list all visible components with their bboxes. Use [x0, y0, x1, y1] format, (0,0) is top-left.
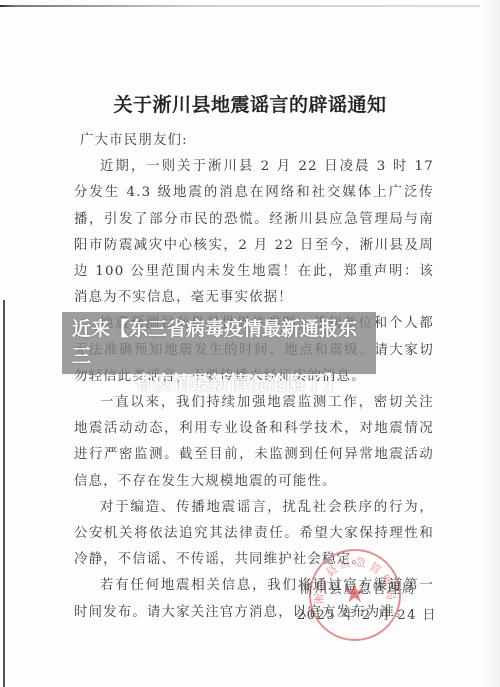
banner-line-1: 近来【东三省病毒疫情最新通报东三	[72, 318, 357, 367]
page-left-edge	[3, 300, 5, 687]
paragraph-1: 近期，一则关于淅川县 2 月 22 日凌晨 3 时 17 分发生 4.3 级地震…	[74, 154, 434, 311]
salutation: 广大市民朋友们:	[80, 128, 434, 154]
paragraph-3: 一直以来，我们持续加强地震监测工作，密切关注地震活动动态，利用专业设备和科学技术…	[74, 390, 434, 495]
signature-organization: 淅川县应急管理局	[300, 578, 416, 597]
overlay-banner-text: 近来【东三省病毒疫情最新通报东三 省疫情最新情况沦陷了】	[72, 316, 362, 397]
page-top-edge	[0, 5, 480, 7]
signature-date: 2025 年 2 月 24 日	[297, 604, 437, 623]
document-title: 关于淅川县地震谣言的辟谣通知	[0, 90, 500, 117]
banner-line-2: 省疫情最新情况沦陷了】	[72, 370, 362, 397]
